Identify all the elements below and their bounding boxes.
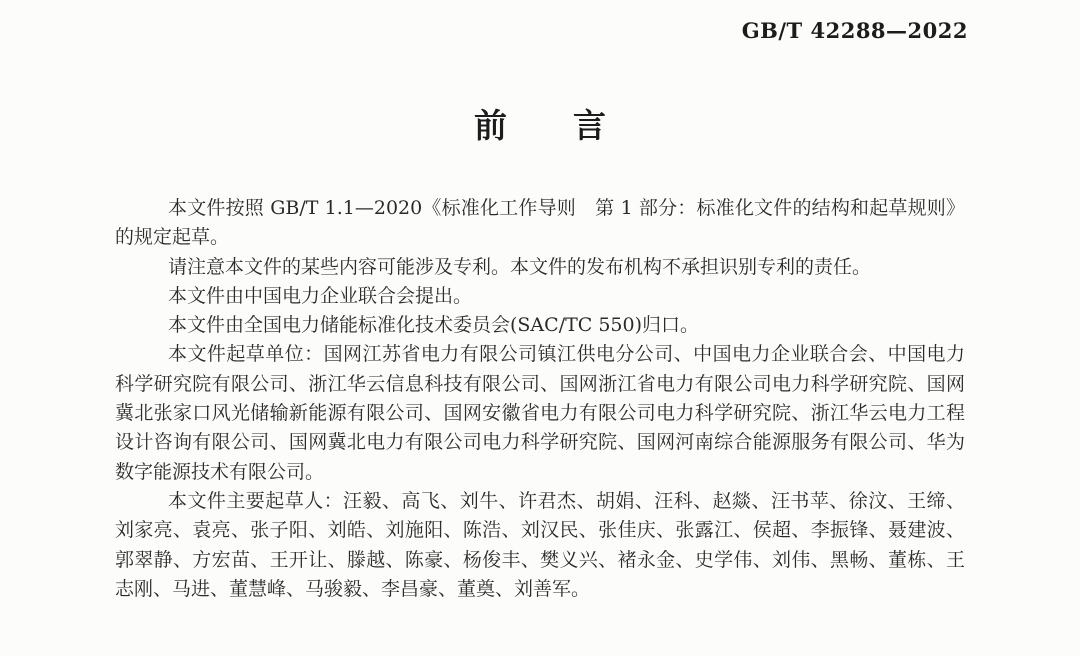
standard-document-page: GB/T 42288—2022 前 言 本文件按照 GB/T 1.1—2020《…: [0, 0, 1080, 656]
standard-code-header: GB/T 42288—2022: [742, 18, 968, 43]
paragraph-drafting-rules: 本文件按照 GB/T 1.1—2020《标准化工作导则 第 1 部分：标准化文件…: [115, 194, 965, 253]
paragraph-patent-notice: 请注意本文件的某些内容可能涉及专利。本文件的发布机构不承担识别专利的责任。: [115, 253, 965, 282]
paragraph-proposed-by: 本文件由中国电力企业联合会提出。: [115, 282, 965, 311]
paragraph-main-drafters: 本文件主要起草人：汪毅、高飞、刘牛、许君杰、胡娟、汪科、赵燚、汪书苹、徐汶、王缔…: [115, 487, 965, 604]
paragraph-centralized-by: 本文件由全国电力储能标准化技术委员会(SAC/TC 550)归口。: [115, 311, 965, 340]
foreword-body: 本文件按照 GB/T 1.1—2020《标准化工作导则 第 1 部分：标准化文件…: [115, 194, 965, 604]
paragraph-drafting-organizations: 本文件起草单位：国网江苏省电力有限公司镇江供电分公司、中国电力企业联合会、中国电…: [115, 340, 965, 486]
foreword-title: 前 言: [0, 100, 1080, 147]
